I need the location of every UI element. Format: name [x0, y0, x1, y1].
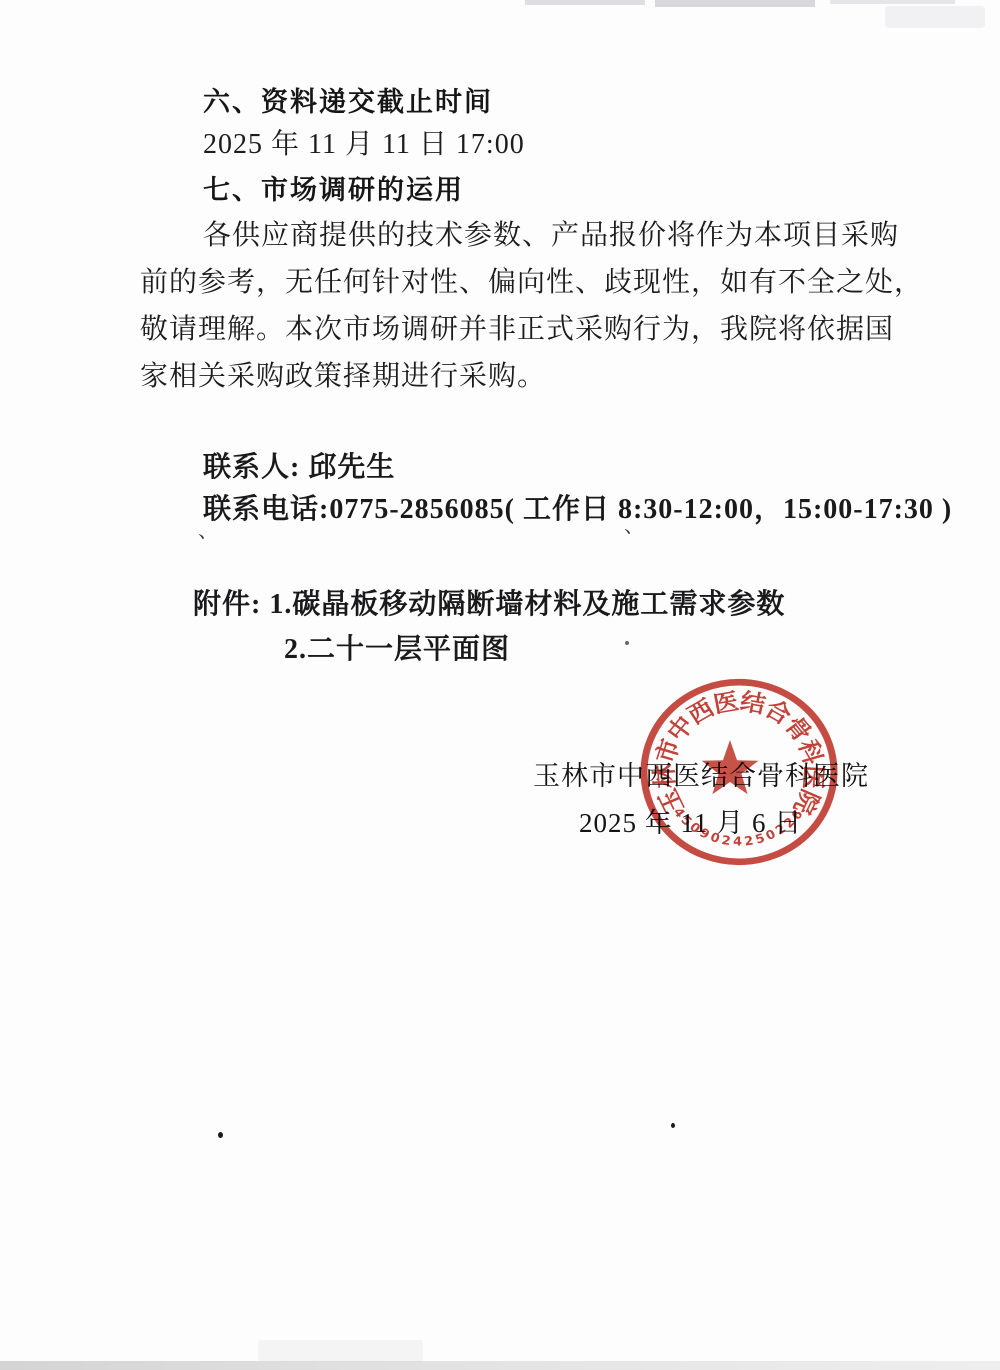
deadline-date: 2025 年 11 月 11 日 17:00 — [203, 122, 525, 162]
stray-pen-mark: 、 — [624, 509, 644, 538]
scan-artifact-top-2 — [655, 0, 815, 7]
ink-speck — [671, 1123, 675, 1128]
attachment-line-2: 2.二十一层平面图 — [284, 627, 510, 667]
paragraph-line: 各供应商提供的技术参数、产品报价将作为本项目采购 — [203, 213, 899, 253]
scanned-document-page: { "page": { "background": "#fdfdfd", "te… — [0, 0, 1000, 1370]
ink-speck — [625, 641, 629, 645]
paragraph-line: 敬请理解。本次市场调研并非正式采购行为，我院将依据国 — [140, 307, 894, 347]
scan-artifact-bottom-patch — [258, 1340, 423, 1362]
scan-artifact-top-3 — [830, 0, 955, 4]
attachment-line-1: 附件: 1.碳晶板移动隔断墙材料及施工需求参数 — [193, 582, 785, 622]
contact-phone: 联系电话:0775-2856085( 工作日 8:30-12:00，15:00-… — [203, 487, 952, 527]
section-heading-six: 六、资料递交截止时间 — [203, 80, 493, 119]
paragraph-line: 家相关采购政策择期进行采购。 — [140, 354, 546, 394]
section-heading-seven: 七、市场调研的运用 — [203, 168, 464, 207]
scan-artifact-top-1 — [525, 0, 645, 5]
signature-organization: 玉林市中西医结合骨科医院 — [533, 754, 869, 793]
stray-pen-mark: 、 — [198, 514, 218, 543]
scan-artifact-bottom-edge — [0, 1361, 1000, 1370]
scan-artifact-top-4 — [885, 6, 985, 28]
contact-person: 联系人: 邱先生 — [203, 445, 395, 485]
signature-date: 2025 年 11 月 6 日 — [579, 801, 802, 840]
seal-ring-text: 玉林市中西医结合骨科医院 — [649, 687, 830, 820]
ink-speck — [218, 1132, 223, 1138]
paragraph-line: 前的参考，无任何针对性、偏向性、歧现性，如有不全之处， — [140, 260, 923, 300]
